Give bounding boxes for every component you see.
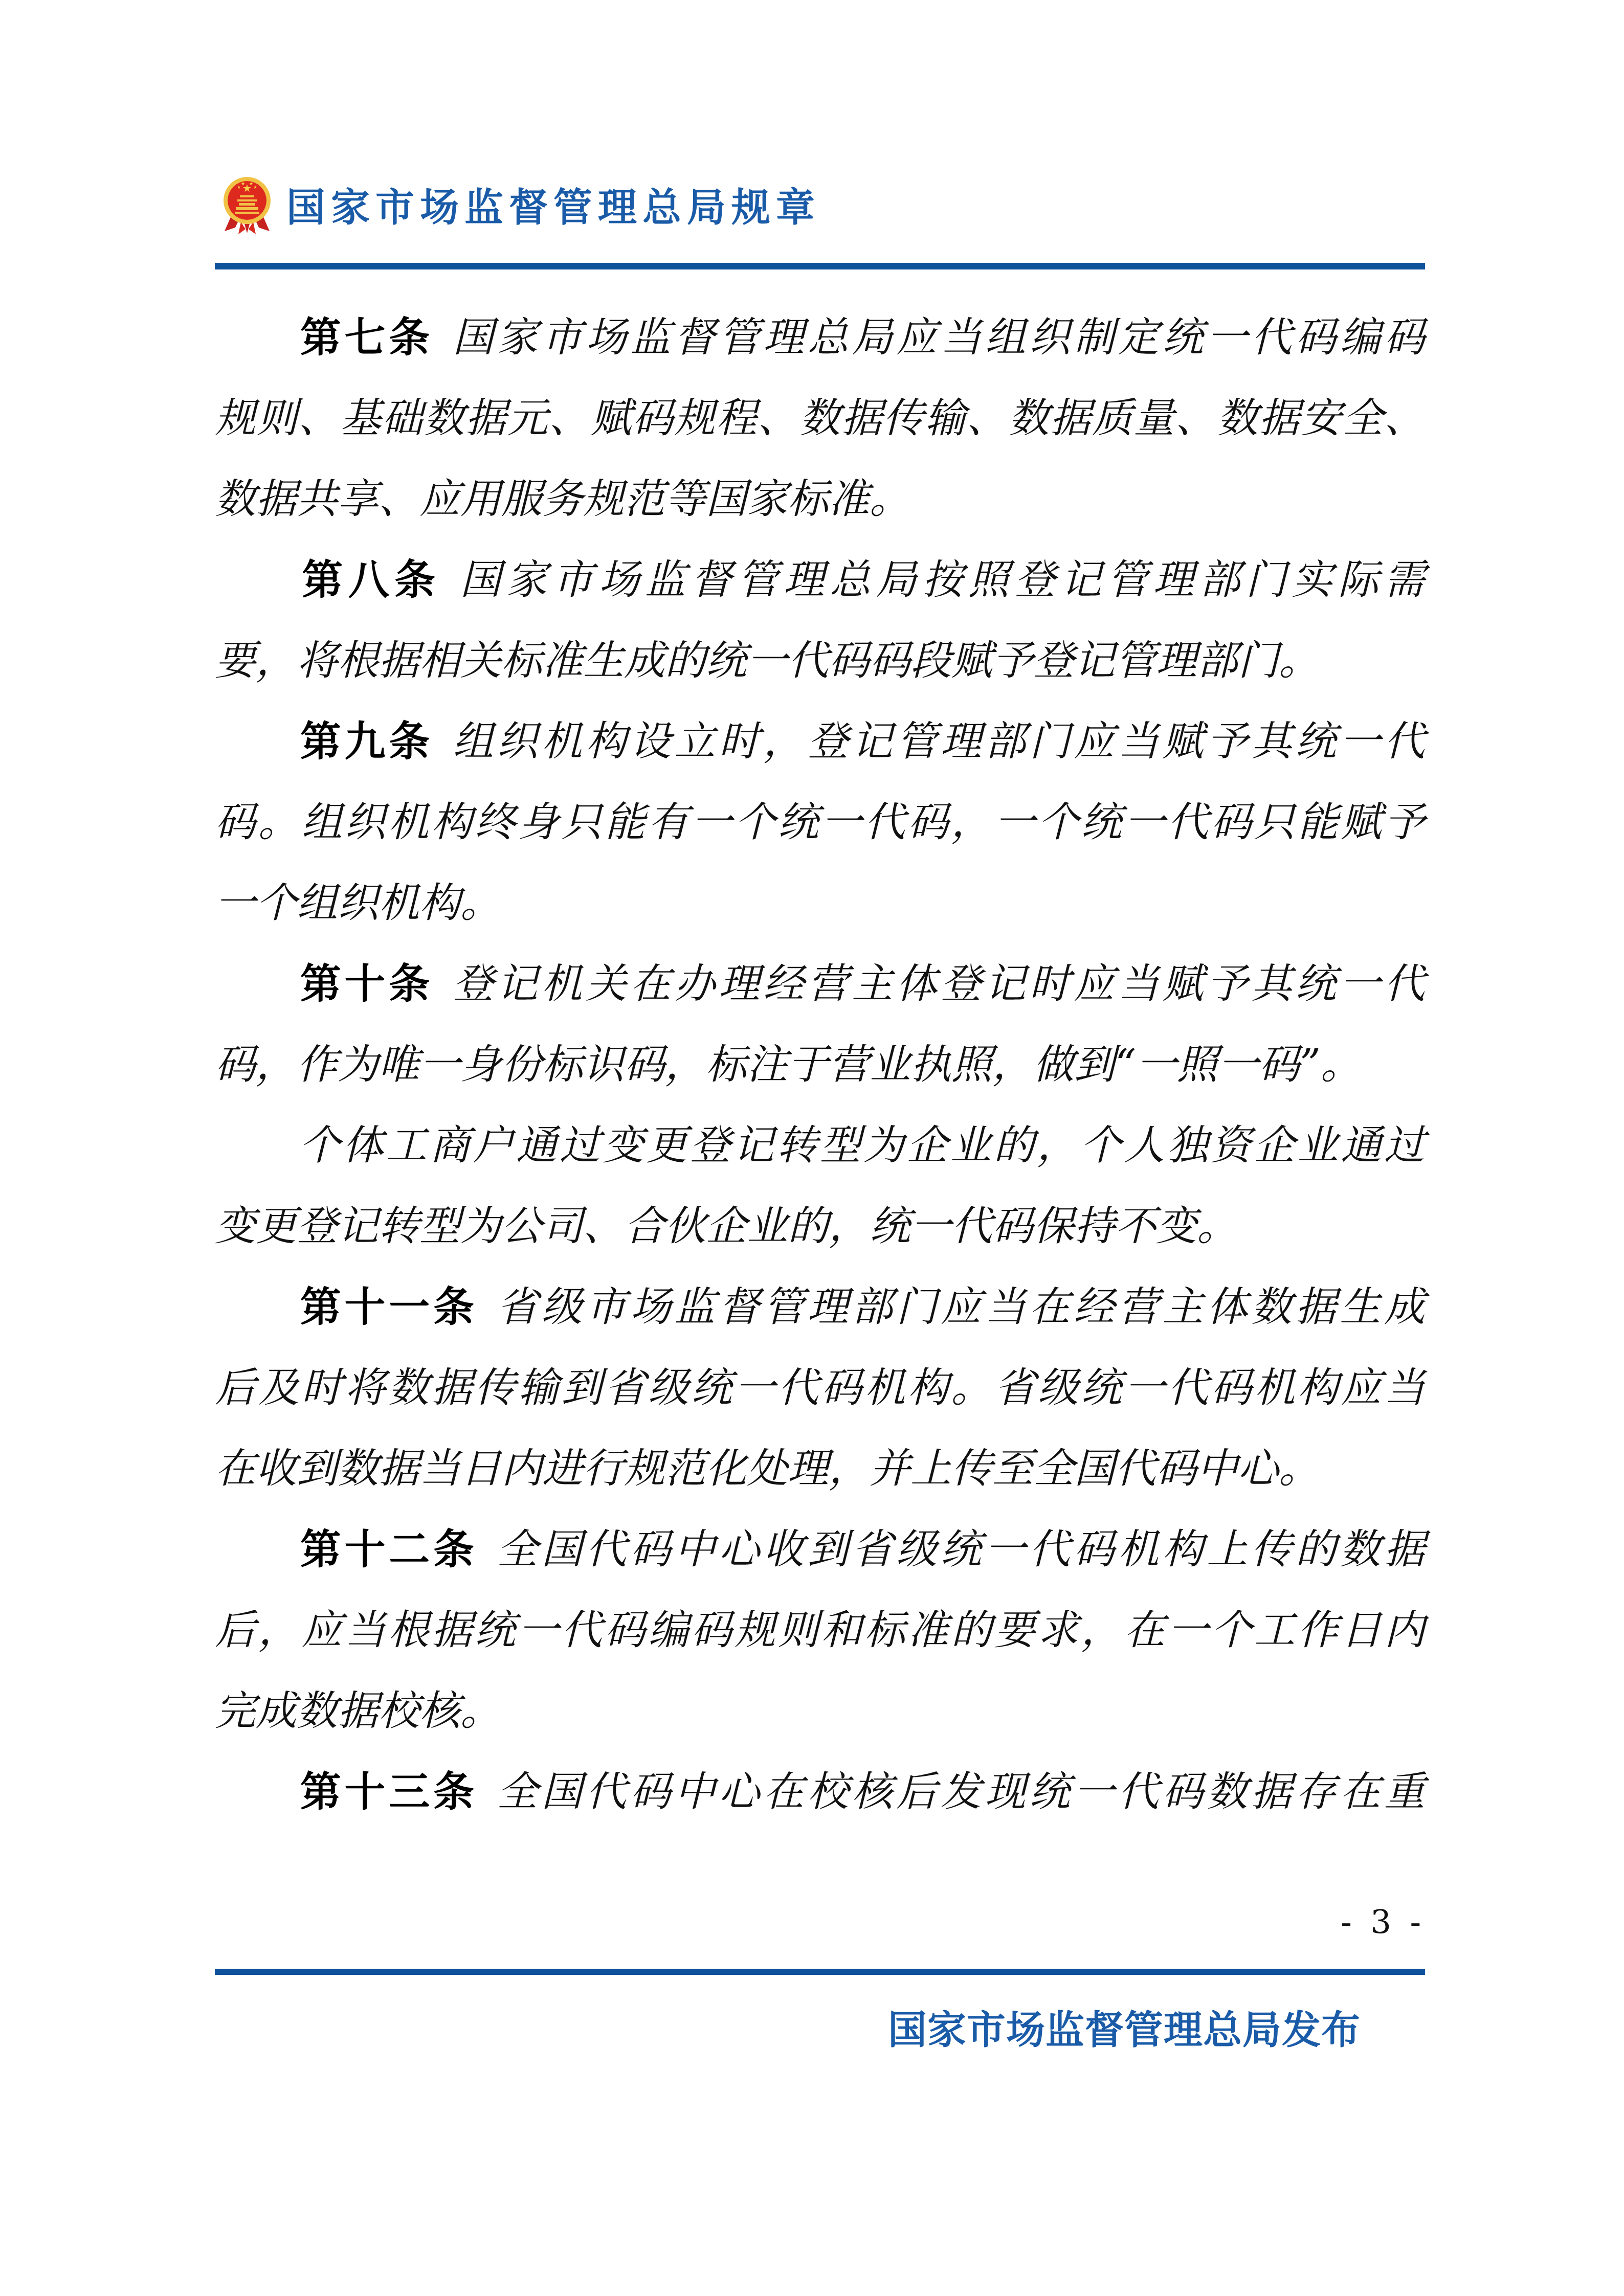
body-line: 变更登记转型为公司、合伙企业的，统一代码保持不变。 [215,1186,1425,1267]
line-text: 后及时将数据传输到省级统一代码机构。省级统一代码机构应当 [215,1364,1425,1411]
svg-text:★: ★ [249,182,253,187]
body-line: 规则、基础数据元、赋码规程、数据传输、数据质量、数据安全、 [215,378,1425,459]
paragraph: 第十一条省级市场监督管理部门应当在经营主体数据生成后及时将数据传输到省级统一代码… [215,1267,1425,1509]
line-text: 在收到数据当日内进行规范化处理，并上传至全国代码中心。 [215,1445,1320,1492]
line-text: 全国代码中心在校核后发现统一代码数据存在重 [497,1768,1425,1815]
line-text: 个体工商户通过变更登记转型为企业的，个人独资企业通过 [297,1121,1425,1169]
paragraph: 第九条组织机构设立时，登记管理部门应当赋予其统一代码。组织机构终身只能有一个统一… [215,701,1425,943]
body-line: 在收到数据当日内进行规范化处理，并上传至全国代码中心。 [215,1428,1425,1509]
line-text: 国家市场监督管理总局按照登记管理部门实际需 [460,556,1425,603]
body-line: 第十条登记机关在办理经营主体登记时应当赋予其统一代 [215,943,1425,1024]
body-line: 第十一条省级市场监督管理部门应当在经营主体数据生成 [215,1267,1425,1347]
article-number: 第十一条 [297,1283,478,1331]
svg-text:★: ★ [253,185,257,190]
document-page: ★ ★ ★ ★ ★ 国家市场监督管理总局规章 第七条国家市场监督管理总局应当组织… [0,0,1624,2296]
body-line: 第九条组织机构设立时，登记管理部门应当赋予其统一代 [215,701,1425,782]
line-text: 数据共享、应用服务规范等国家标准。 [215,475,910,523]
article-number: 第十二条 [297,1525,478,1573]
page-title: 国家市场监督管理总局规章 [286,188,820,227]
body-line: 后及时将数据传输到省级统一代码机构。省级统一代码机构应当 [215,1347,1425,1428]
body-line: 要，将根据相关标准生成的统一代码码段赋予登记管理部门。 [215,620,1425,701]
paragraph: 个体工商户通过变更登记转型为企业的，个人独资企业通过变更登记转型为公司、合伙企业… [215,1105,1425,1267]
article-number: 第十条 [297,960,433,1007]
paragraph: 第十三条全国代码中心在校核后发现统一代码数据存在重 [215,1751,1425,1832]
paragraph: 第八条国家市场监督管理总局按照登记管理部门实际需要，将根据相关标准生成的统一代码… [215,539,1425,701]
line-text: 规则、基础数据元、赋码规程、数据传输、数据质量、数据安全、 [215,394,1425,442]
article-number: 第十三条 [297,1768,478,1815]
paragraph: 第十二条全国代码中心收到省级统一代码机构上传的数据后，应当根据统一代码编码规则和… [215,1509,1425,1751]
line-text: 码，作为唯一身份标识码，标注于营业执照，做到“一照一码”。 [215,1041,1362,1088]
body-line: 完成数据校核。 [215,1671,1425,1751]
line-text: 变更登记转型为公司、合伙企业的，统一代码保持不变。 [215,1202,1238,1250]
line-text: 组织机构设立时，登记管理部门应当赋予其统一代 [453,717,1425,765]
line-text: 后，应当根据统一代码编码规则和标准的要求，在一个工作日内 [215,1606,1425,1654]
article-number: 第九条 [297,717,433,765]
line-text: 码。组织机构终身只能有一个统一代码，一个统一代码只能赋予 [215,798,1425,846]
line-text: 全国代码中心收到省级统一代码机构上传的数据 [497,1525,1425,1573]
paragraph: 第七条国家市场监督管理总局应当组织制定统一代码编码规则、基础数据元、赋码规程、数… [215,297,1425,539]
paragraph: 第十条登记机关在办理经营主体登记时应当赋予其统一代码，作为唯一身份标识码，标注于… [215,943,1425,1105]
line-text: 要，将根据相关标准生成的统一代码码段赋予登记管理部门。 [215,637,1320,684]
body-line: 第十二条全国代码中心收到省级统一代码机构上传的数据 [215,1509,1425,1590]
body-line: 个体工商户通过变更登记转型为企业的，个人独资企业通过 [215,1105,1425,1186]
footer-divider [215,1969,1425,1975]
page-number: - 3 - [1341,1903,1425,1943]
line-text: 完成数据校核。 [215,1687,501,1735]
national-emblem-icon: ★ ★ ★ ★ ★ [221,176,273,236]
body-line: 码，作为唯一身份标识码，标注于营业执照，做到“一照一码”。 [215,1024,1425,1105]
body-line: 码。组织机构终身只能有一个统一代码，一个统一代码只能赋予 [215,782,1425,863]
body-line: 数据共享、应用服务规范等国家标准。 [215,459,1425,539]
header-divider [215,263,1425,269]
body-line: 第八条国家市场监督管理总局按照登记管理部门实际需 [215,539,1425,620]
line-text: 国家市场监督管理总局应当组织制定统一代码编码 [453,313,1425,361]
article-number: 第七条 [297,313,433,361]
line-text: 登记机关在办理经营主体登记时应当赋予其统一代 [453,960,1425,1007]
document-body: 第七条国家市场监督管理总局应当组织制定统一代码编码规则、基础数据元、赋码规程、数… [215,297,1425,1832]
body-line: 第七条国家市场监督管理总局应当组织制定统一代码编码 [215,297,1425,378]
svg-text:★: ★ [241,182,245,187]
publisher-label: 国家市场监督管理总局发布 [888,2009,1361,2052]
line-text: 省级市场监督管理部门应当在经营主体数据生成 [497,1283,1425,1331]
body-line: 第十三条全国代码中心在校核后发现统一代码数据存在重 [215,1751,1425,1832]
article-number: 第八条 [297,556,440,603]
body-line: 一个组织机构。 [215,863,1425,943]
svg-text:★: ★ [237,185,241,190]
body-line: 后，应当根据统一代码编码规则和标准的要求，在一个工作日内 [215,1590,1425,1671]
line-text: 一个组织机构。 [215,879,501,927]
